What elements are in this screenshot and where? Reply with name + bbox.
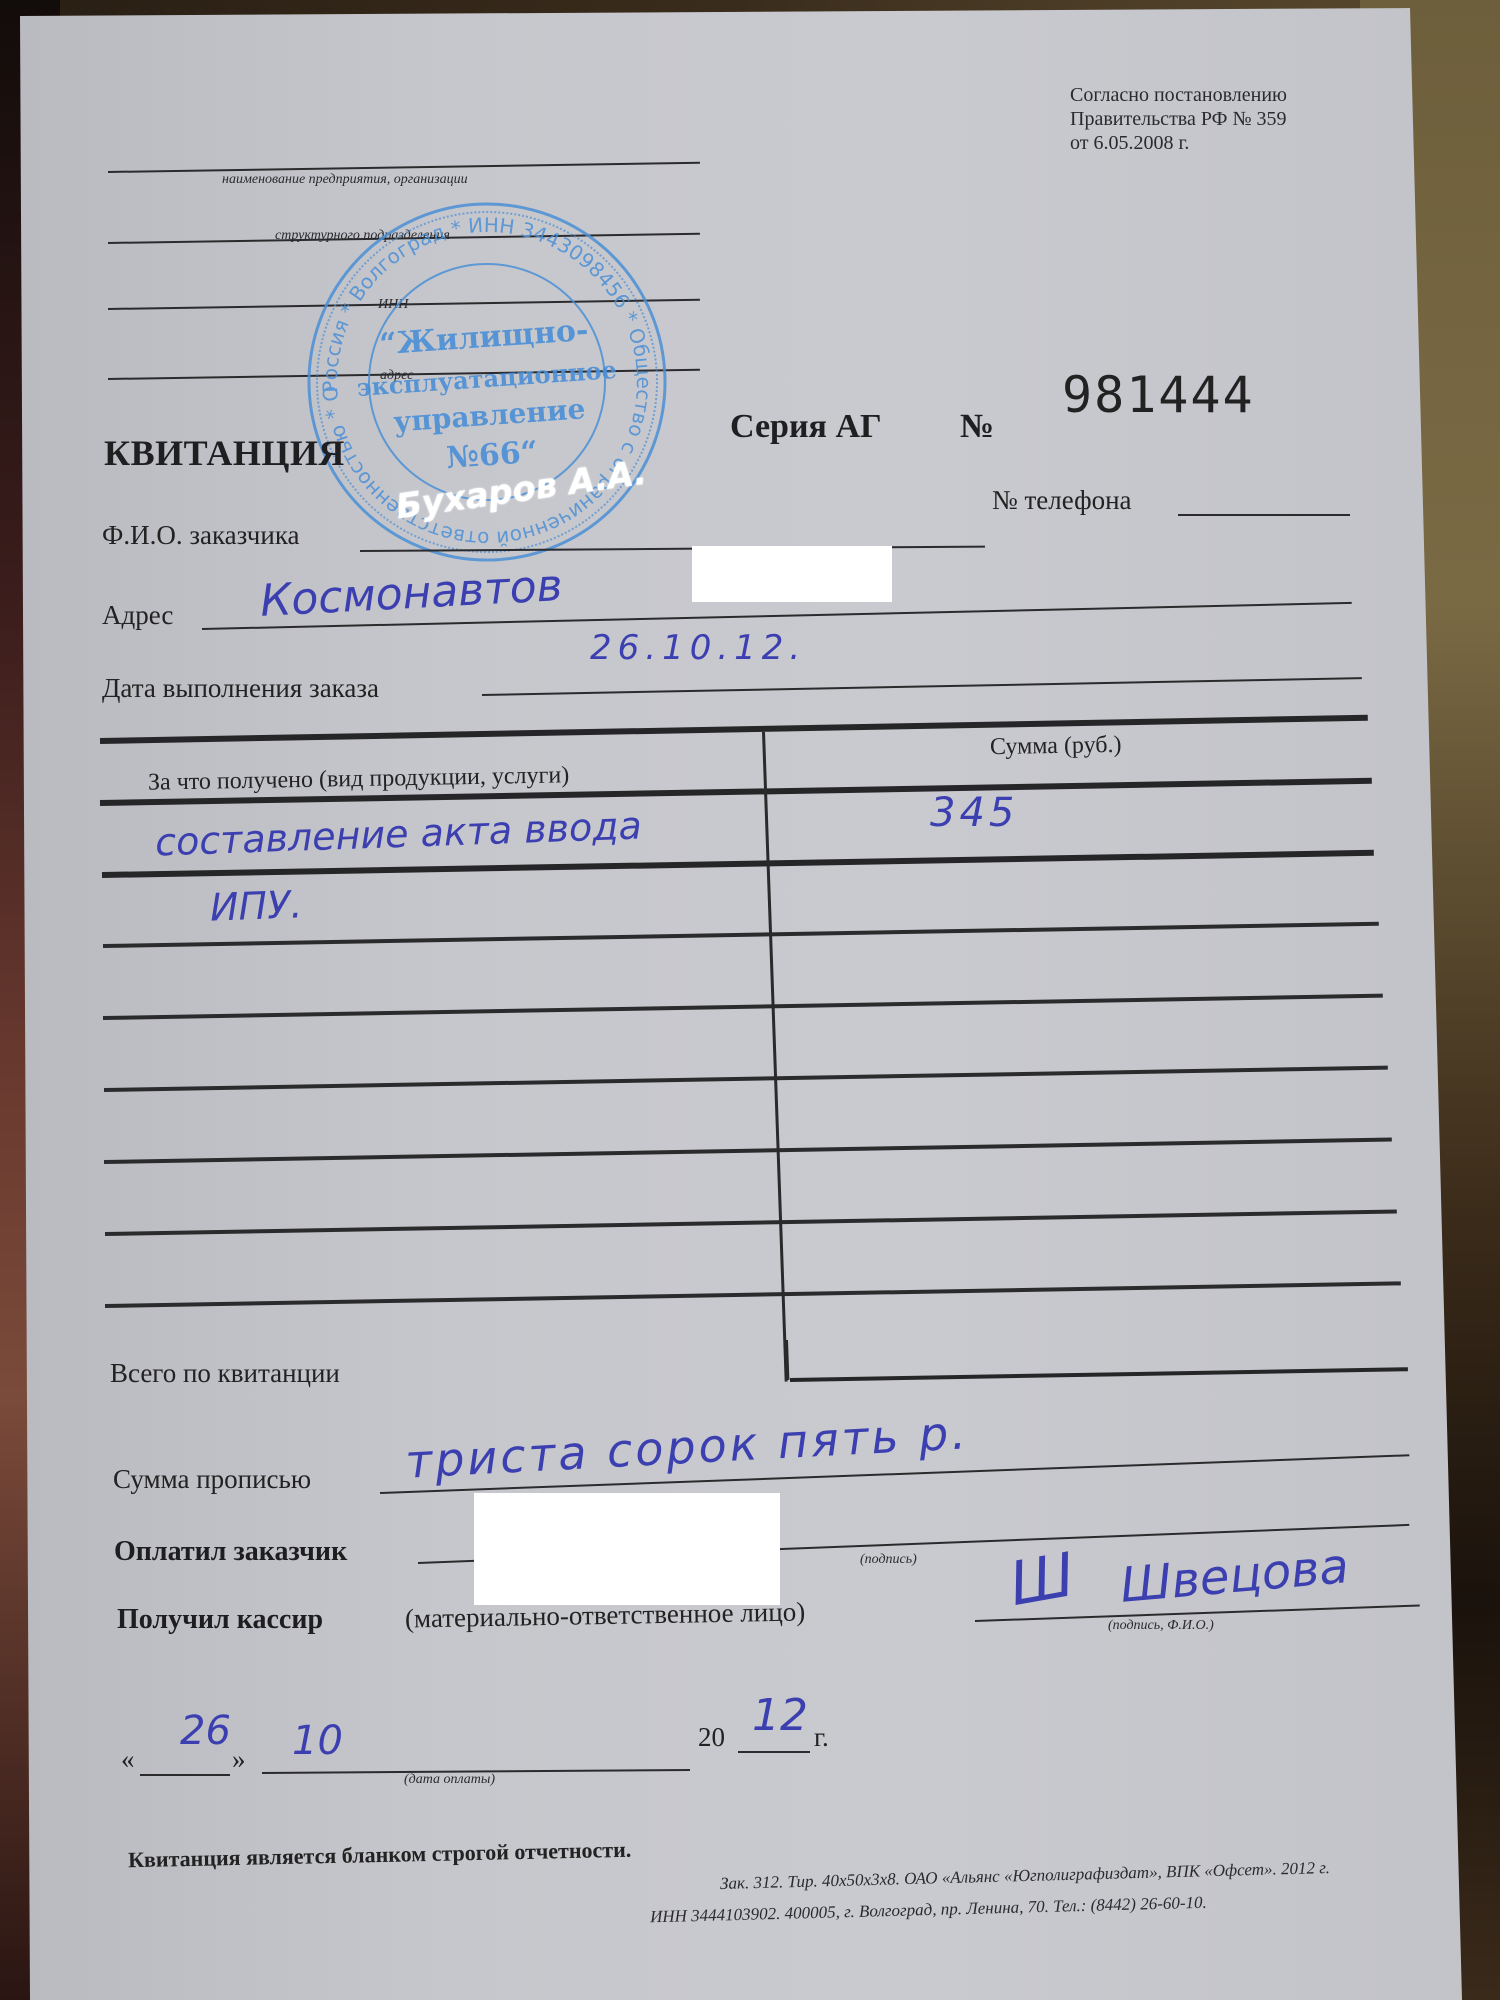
table-top-border [100, 715, 1368, 744]
total-box-bottom-border [790, 1367, 1408, 1382]
footer-strict-reporting-note: Квитанция является бланком строгой отчет… [128, 1837, 632, 1874]
table-row-border [105, 1281, 1401, 1308]
payment-year-value: 12 [752, 1690, 808, 1741]
table-column-amount: Сумма (руб.) [990, 732, 1122, 761]
stamp-line-1: “Жилищно- [378, 313, 589, 363]
redacted-customer-signature [474, 1493, 780, 1605]
cashier-signature-mark: Ш [1004, 1540, 1079, 1620]
org-name-caption: наименование предприятия, организации [222, 172, 468, 188]
completion-date-line [482, 677, 1362, 696]
footer-print-line-1: Зак. 312. Тир. 40х50х3х8. ОАО «Альянс «Ю… [720, 1858, 1330, 1894]
table-row-border [104, 1138, 1392, 1164]
organization-stamp: Россия * Волгоград * ИНН 3443098456 * Об… [290, 185, 685, 580]
payment-day-line [140, 1774, 230, 1776]
amount-in-words-value: триста сорок пять р. [404, 1405, 970, 1488]
table-column-divider [762, 732, 788, 1382]
table-row-amount: 345 [930, 790, 1018, 836]
completion-date-label: Дата выполнения заказа [102, 673, 379, 704]
amount-in-words-label: Сумма прописью [113, 1464, 311, 1495]
payment-day-value: 26 [180, 1708, 231, 1754]
phone-label: № телефона [992, 485, 1132, 516]
payment-year-end: г. [814, 1722, 829, 1753]
paid-by-caption: (подпись) [860, 1552, 917, 1568]
receipt-title: КВИТАНЦИЯ [104, 432, 345, 474]
payment-date-caption: (дата оплаты) [404, 1772, 495, 1788]
footer-print-line-2: ИНН 3444103902. 400005, г. Волгоград, пр… [650, 1893, 1207, 1928]
table-row-description: ИПУ. [209, 882, 303, 929]
address-value: Космонавтов [259, 560, 564, 627]
payment-date-open-quote: « [121, 1744, 135, 1775]
table-row-description: составление акта ввода [154, 804, 642, 865]
payment-date-close-quote: » [232, 1744, 246, 1775]
table-row-border [103, 1066, 1387, 1092]
table-column-description: За что получено (вид продукции, услуги) [148, 762, 570, 796]
received-by-label: Получил кассир [117, 1604, 323, 1636]
series-label: Серия АГ [730, 408, 882, 446]
table-row-border [104, 1209, 1396, 1236]
receipt-number: 981444 [1062, 366, 1255, 424]
stamp-line-3: управление [392, 392, 586, 438]
total-label: Всего по квитанции [110, 1358, 340, 1389]
redacted-address-number [692, 546, 892, 602]
table-row-border [103, 994, 1383, 1020]
payment-month-value: 10 [292, 1718, 343, 1764]
customer-label: Ф.И.О. заказчика [102, 520, 300, 551]
receipt-document: Согласно постановлению Правительства РФ … [0, 0, 1500, 2000]
address-label: Адрес [102, 600, 173, 631]
received-by-caption: (подпись, Ф.И.О.) [1108, 1618, 1214, 1634]
gov-note-line-2: Правительства РФ № 359 [1070, 107, 1287, 131]
received-by-suffix: (материально-ответственное лицо) [405, 1597, 806, 1635]
completion-date-value: 26.10.12. [590, 628, 806, 668]
government-decree-note: Согласно постановлению Правительства РФ … [1070, 83, 1287, 155]
phone-line [1178, 514, 1350, 516]
payment-year-prefix: 20 [698, 1722, 725, 1753]
received-by-value: Швецова [1118, 1538, 1351, 1614]
payment-year-line [738, 1751, 810, 1753]
paid-by-label: Оплатил заказчик [114, 1536, 347, 1568]
gov-note-line-1: Согласно постановлению [1070, 83, 1287, 107]
total-box-left-border [785, 1340, 789, 1380]
gov-note-line-3: от 6.05.2008 г. [1070, 131, 1287, 155]
number-sign: № [960, 408, 994, 446]
stamp-graphic: Россия * Волгоград * ИНН 3443098456 * Об… [290, 185, 685, 580]
